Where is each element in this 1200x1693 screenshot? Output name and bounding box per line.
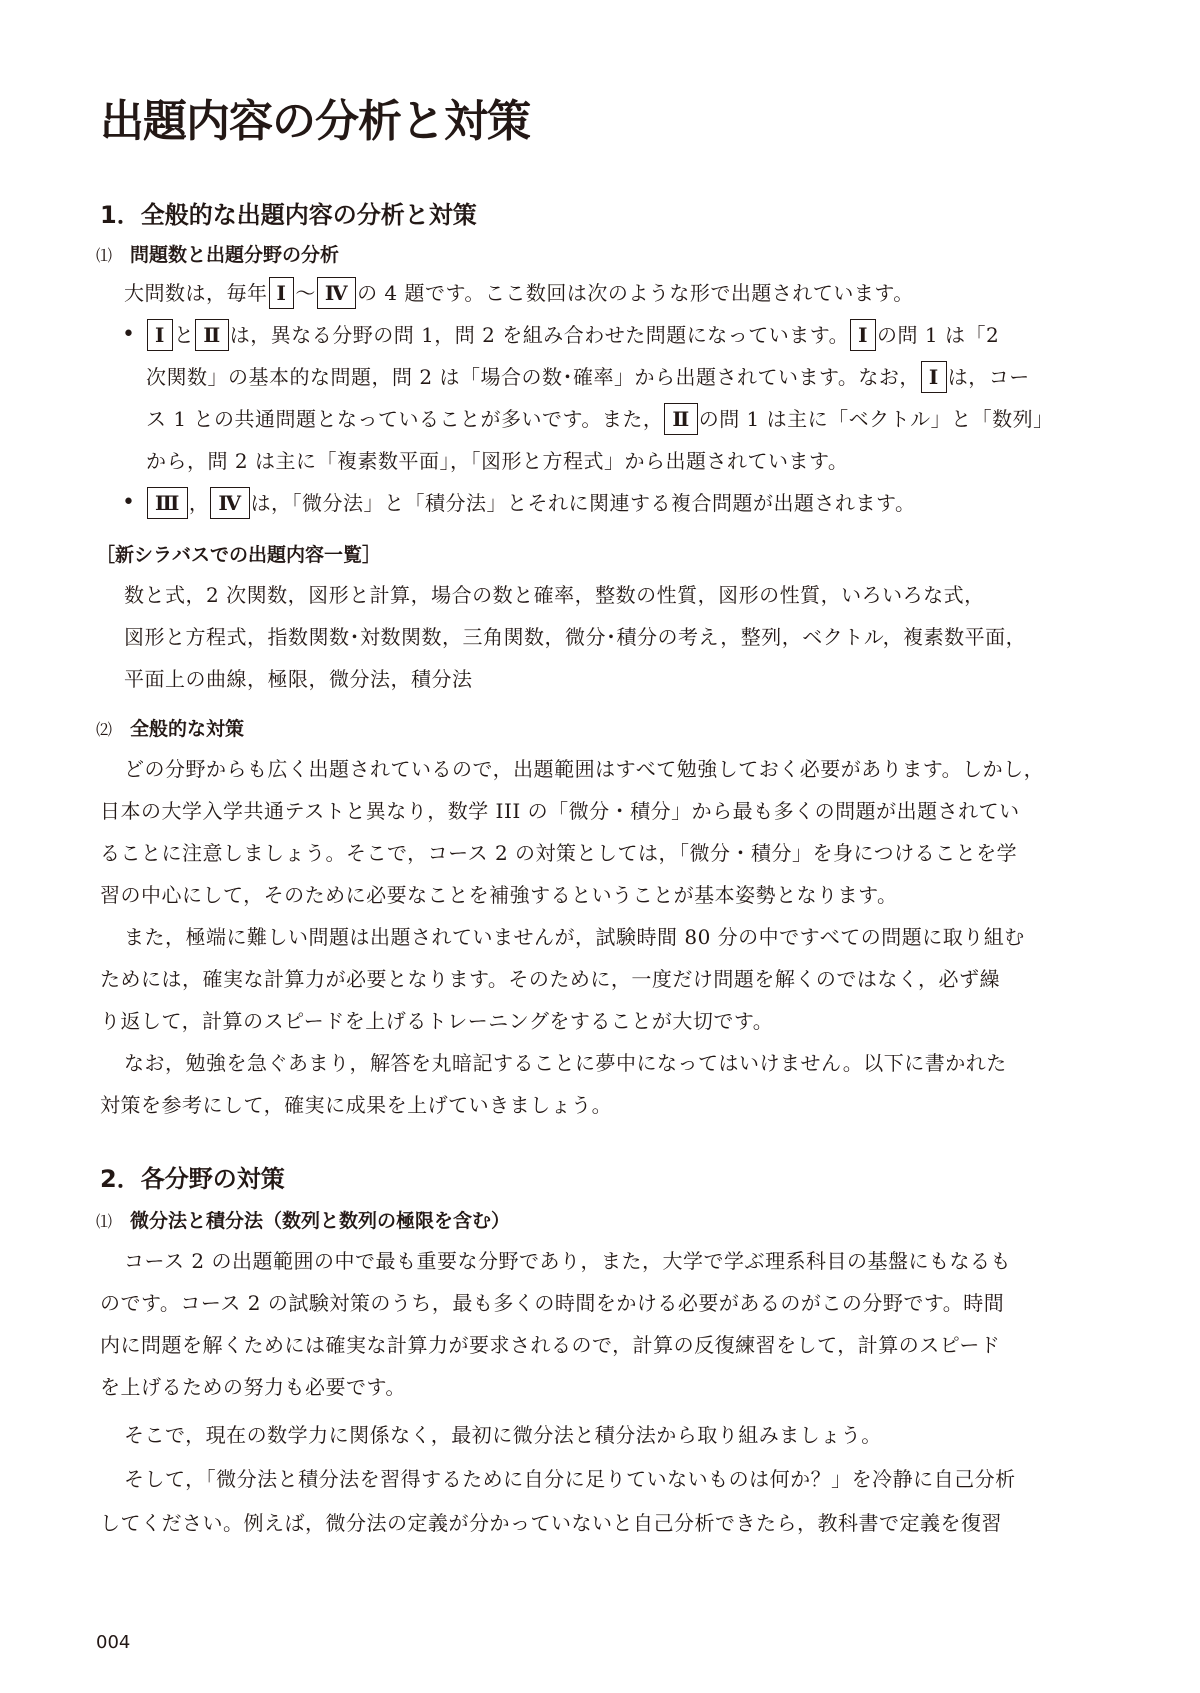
paragraph-line: 日本の大学入学共通テストと異なり，数学 III の「微分・積分」から最も多くの問…	[100, 796, 1020, 826]
subsection-title: 問題数と出題分野の分析	[130, 244, 339, 266]
syllabus-line: 平面上の曲線，極限，微分法，積分法	[124, 664, 473, 694]
problem-box-4: Ⅳ	[317, 277, 356, 309]
section1-sub1-heading: ⑴問題数と出題分野の分析	[96, 240, 339, 271]
text: の問 1 は主に「ベクトル」と「数列」	[699, 407, 1054, 431]
text: の問 1 は「2	[877, 323, 999, 347]
bullet1-line2: 次関数」の基本的な問題，問 2 は「場合の数･確率」から出題されています。なお，…	[146, 362, 1030, 395]
paragraph-line: なお，勉強を急ぐあまり，解答を丸暗記することに夢中になってはいけません。以下に書…	[124, 1048, 1007, 1078]
paragraph-line: 内に問題を解くためには確実な計算力が要求されるので，計算の反復練習をして，計算の…	[100, 1330, 1000, 1360]
page-number: 004	[96, 1632, 130, 1653]
subsection-number: ⑴	[96, 1212, 112, 1231]
bullet1-line4: から，問 2 は主に「複素数平面」，「図形と方程式」から出題されています。	[146, 446, 848, 476]
paragraph-line: のです。コース 2 の試験対策のうち，最も多くの時間をかける必要があるのがこの分…	[100, 1288, 1004, 1318]
paragraph-line: ためには，確実な計算力が必要となります。そのために，一度だけ問題を解くのではなく…	[100, 964, 1000, 994]
section2-heading: 2．各分野の対策	[100, 1162, 285, 1196]
section1-heading: 1．全般的な出題内容の分析と対策	[100, 198, 477, 232]
subsection-title: 全般的な対策	[130, 718, 244, 740]
bullet1-line3: ス 1 との共通問題となっていることが多いです。また，Ⅱの問 1 は主に「ベクト…	[146, 404, 1054, 437]
paragraph-line: そこで，現在の数学力に関係なく，最初に微分法と積分法から取り組みましょう。	[124, 1420, 882, 1450]
problem-box-1: Ⅰ	[147, 319, 173, 351]
problem-box-1: Ⅰ	[269, 277, 295, 309]
problem-box-2: Ⅱ	[664, 403, 697, 435]
paragraph-line: り返して，計算のスピードを上げるトレーニングをすることが大切です。	[100, 1006, 773, 1036]
text: は，「微分法」と「積分法」とそれに関連する複合問題が出題されます。	[251, 491, 916, 515]
page-title: 出題内容の分析と対策	[100, 92, 530, 152]
paragraph-line: また，極端に難しい問題は出題されていませんが，試験時間 80 分の中ですべての問…	[124, 922, 1025, 952]
subsection-number: ⑴	[96, 246, 112, 265]
text: の 4 題です。ここ数回は次のような形で出題されています。	[357, 281, 914, 305]
problem-box-1: Ⅰ	[921, 361, 947, 393]
paragraph-line: してください。例えば，微分法の定義が分かっていないと自己分析できたら，教科書で定…	[100, 1508, 1002, 1538]
problem-box-2: Ⅱ	[195, 319, 228, 351]
syllabus-heading: ［新シラバスでの出題内容一覧］	[96, 540, 381, 570]
text: は，異なる分野の問 1，問 2 を組み合わせた問題になっています。	[230, 323, 849, 347]
section2-sub1-heading: ⑴微分法と積分法（数列と数列の極限を含む）	[96, 1206, 510, 1237]
subsection-title: 微分法と積分法（数列と数列の極限を含む）	[130, 1210, 510, 1232]
paragraph-line: そして，「微分法と積分法を習得するために自分に足りていないものは何か？」を冷静に…	[124, 1464, 1016, 1494]
document-page: 出題内容の分析と対策 1．全般的な出題内容の分析と対策 ⑴問題数と出題分野の分析…	[0, 0, 1200, 1693]
subsection-number: ⑵	[96, 720, 112, 739]
text: は，コー	[948, 365, 1030, 389]
paragraph-line: どの分野からも広く出題されているので，出題範囲はすべて勉強しておく必要があります…	[124, 754, 1044, 784]
bullet-icon: •	[122, 320, 135, 350]
problem-box-3: Ⅲ	[147, 487, 188, 519]
intro-line: 大問数は，毎年Ⅰ〜Ⅳの 4 題です。ここ数回は次のような形で出題されています。	[124, 278, 914, 311]
text: 大問数は，毎年	[124, 281, 268, 305]
syllabus-line: 数と式，2 次関数，図形と計算，場合の数と確率，整数の性質，図形の性質，いろいろ…	[124, 580, 985, 610]
text: と	[174, 323, 195, 347]
section1-sub2-heading: ⑵全般的な対策	[96, 714, 244, 745]
problem-box-4: Ⅳ	[210, 487, 249, 519]
problem-box-1: Ⅰ	[850, 319, 876, 351]
paragraph-line: 対策を参考にして，確実に成果を上げていきましょう。	[100, 1090, 612, 1120]
text: 〜	[295, 281, 316, 305]
text: ，	[189, 491, 210, 515]
bullet1-line1: ⅠとⅡは，異なる分野の問 1，問 2 を組み合わせた問題になっています。Ⅰの問 …	[146, 320, 999, 353]
syllabus-line: 図形と方程式，指数関数･対数関数，三角関数，微分･積分の考え，整列，ベクトル，複…	[124, 622, 1026, 652]
paragraph-line: ることに注意しましょう。そこで，コース 2 の対策としては，「微分・積分」を身に…	[100, 838, 1017, 868]
bullet-icon: •	[122, 488, 135, 518]
paragraph-line: を上げるための努力も必要です。	[100, 1372, 406, 1402]
text: ス 1 との共通問題となっていることが多いです。また，	[146, 407, 663, 431]
paragraph-line: 習の中心にして，そのために必要なことを補強するということが基本姿勢となります。	[100, 880, 898, 910]
paragraph-line: コース 2 の出題範囲の中で最も重要な分野であり，また，大学で学ぶ理系科目の基盤…	[124, 1246, 1011, 1276]
text: 次関数」の基本的な問題，問 2 は「場合の数･確率」から出題されています。なお，	[146, 365, 920, 389]
bullet2-line: Ⅲ，Ⅳは，「微分法」と「積分法」とそれに関連する複合問題が出題されます。	[146, 488, 915, 521]
